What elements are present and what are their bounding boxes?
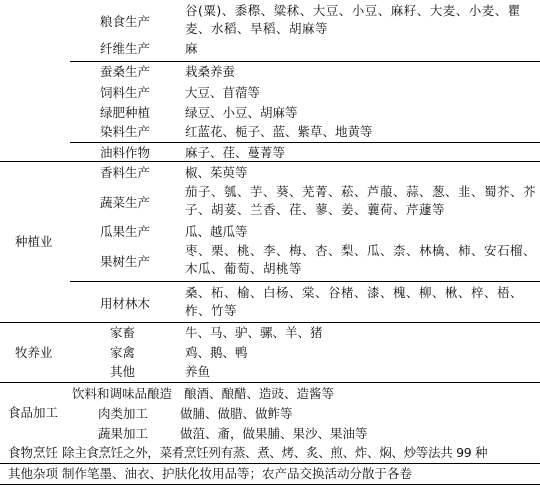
content-silk: 栽桑养蚕 <box>185 63 235 81</box>
sub-silk: 蚕桑生产 <box>100 63 150 81</box>
content-meat: 做脯、做腊、做鲊等 <box>180 405 293 423</box>
content-fruit-tree: 枣、栗、桃、李、梅、杏、梨、瓜、柰、林檎、柿、安石榴、木瓜、葡萄、胡桃等 <box>185 242 540 278</box>
sub-produce: 蔬果加工 <box>98 425 148 443</box>
content-feed: 大豆、苜蓿等 <box>185 84 260 102</box>
content-brewing: 酿酒、酿醋、造豉、造酱等 <box>184 385 334 403</box>
sub-other: 其他 <box>110 363 135 381</box>
sub-melon: 瓜果生产 <box>100 223 150 241</box>
sub-grain: 粮食生产 <box>100 13 150 31</box>
divider <box>0 161 540 162</box>
content-fiber: 麻 <box>185 40 198 58</box>
content-cooking: 除主食烹饪之外，菜肴烹饪列有蒸、煮、烤、炙、煎、炸、焖、炒等法共 99 种 <box>62 444 487 462</box>
content-grain: 谷(粟)、黍穄、粱秫、大豆、小豆、麻籽、大麦、小麦、瞿麦、水稻、旱稻、胡麻等 <box>185 2 540 38</box>
sub-oil: 油料作物 <box>100 144 150 162</box>
divider <box>70 142 540 143</box>
content-timber: 桑、柘、榆、白杨、棠、谷楮、漆、槐、柳、楸、梓、梧、柞、竹等 <box>185 284 540 320</box>
category-cooking: 食物烹饪 <box>8 444 58 462</box>
content-poultry: 鸡、鹅、鸭 <box>185 344 248 362</box>
content-vegetable: 茄子、瓠、芋、葵、芜菁、菘、芦菔、蒜、葱、韭、蜀芥、芥子、胡荽、兰香、荏、蓼、姜… <box>185 183 540 219</box>
divider <box>0 322 540 323</box>
sub-spice: 香料生产 <box>100 164 150 182</box>
sub-vegetable: 蔬菜生产 <box>100 194 150 212</box>
category-husbandry: 牧养业 <box>15 344 53 362</box>
content-produce: 做菹、齑，做果脯、果沙、果油等 <box>180 425 368 443</box>
sub-fiber: 纤维生产 <box>100 40 150 58</box>
sub-poultry: 家禽 <box>110 344 135 362</box>
content-green-manure: 绿豆、小豆、胡麻等 <box>185 104 298 122</box>
content-livestock: 牛、马、驴、骡、羊、猪 <box>185 324 323 342</box>
content-spice: 椒、茱萸等 <box>185 164 248 182</box>
sub-timber: 用材林木 <box>100 295 150 313</box>
divider <box>70 281 540 282</box>
sub-fruit-tree: 果树生产 <box>100 253 150 271</box>
category-planting: 种植业 <box>15 233 53 251</box>
content-oil: 麻子、荏、蔓菁等 <box>185 144 285 162</box>
divider <box>0 463 540 464</box>
content-melon: 瓜、越瓜等 <box>185 223 248 241</box>
content-misc: 制作笔墨、油衣、护肤化妆用品等；农产品交换活动分散于各卷 <box>62 465 412 483</box>
sub-livestock: 家畜 <box>110 324 135 342</box>
sub-green-manure: 绿肥种植 <box>100 104 150 122</box>
divider <box>70 61 540 62</box>
sub-meat: 肉类加工 <box>98 405 148 423</box>
sub-brewing: 饮料和调味品酿造 <box>72 385 172 403</box>
sub-feed: 饲料生产 <box>100 84 150 102</box>
content-dye: 红蓝花、栀子、蓝、紫草、地黄等 <box>185 123 373 141</box>
sub-dye: 染料生产 <box>100 123 150 141</box>
content-other: 养鱼 <box>185 363 210 381</box>
divider <box>0 382 540 383</box>
category-misc: 其他杂项 <box>8 465 58 483</box>
divider <box>0 484 540 485</box>
category-food-processing: 食品加工 <box>8 404 58 422</box>
